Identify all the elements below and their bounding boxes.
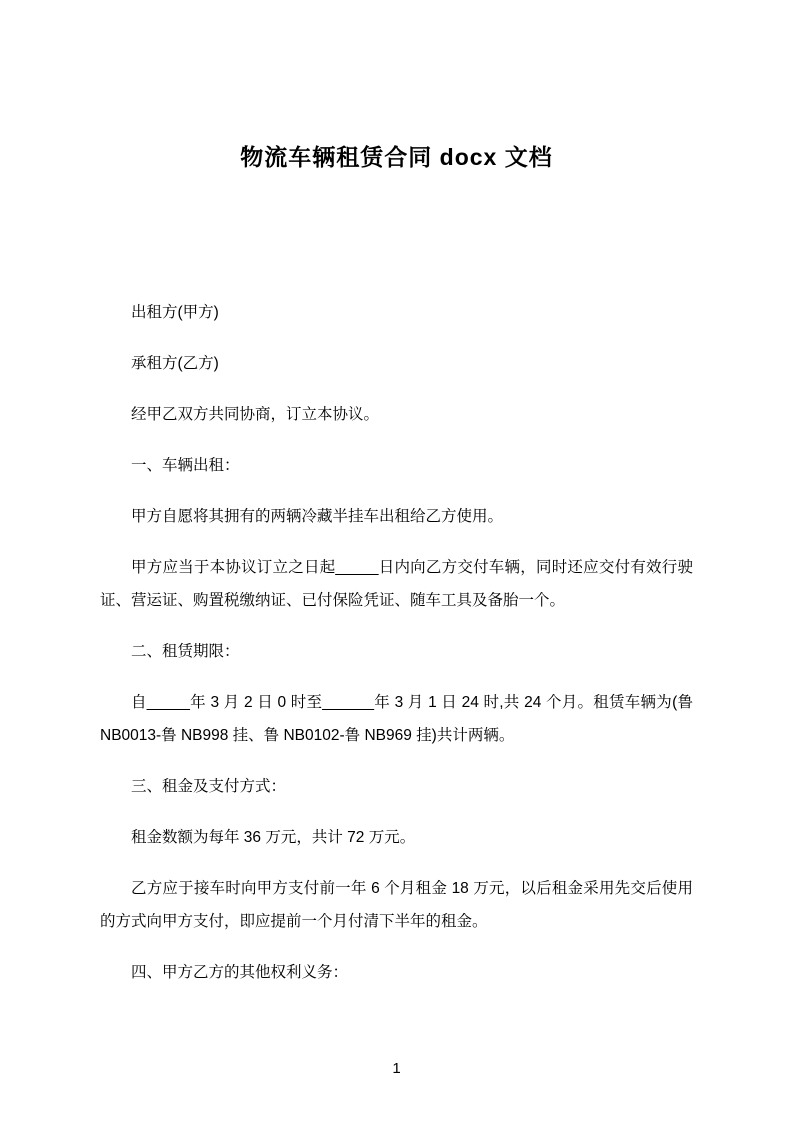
paragraph-lessor: 出租方(甲方)	[100, 296, 693, 329]
paragraph-preamble: 经甲乙双方共同协商，订立本协议。	[100, 398, 693, 431]
document-title: 物流车辆租赁合同 docx 文档	[100, 140, 693, 174]
paragraph-vehicle-lease: 甲方自愿将其拥有的两辆冷藏半挂车出租给乙方使用。	[100, 500, 693, 533]
document-page: 物流车辆租赁合同 docx 文档 出租方(甲方) 承租方(乙方) 经甲乙双方共同…	[0, 0, 793, 1122]
paragraph-delivery-terms: 甲方应当于本协议订立之日起_____日内向乙方交付车辆，同时还应交付有效行驶证、…	[100, 551, 693, 617]
paragraph-payment-method: 乙方应于接车时向甲方支付前一年 6 个月租金 18 万元，以后租金采用先交后使用…	[100, 872, 693, 938]
paragraph-lessee: 承租方(乙方)	[100, 347, 693, 380]
page-number: 1	[0, 1060, 793, 1078]
section-heading-3: 三、租金及支付方式：	[100, 770, 693, 803]
section-heading-1: 一、车辆出租：	[100, 449, 693, 482]
section-heading-4: 四、甲方乙方的其他权利义务：	[100, 956, 693, 989]
section-heading-2: 二、租赁期限：	[100, 635, 693, 668]
paragraph-lease-term: 自_____年 3 月 2 日 0 时至______年 3 月 1 日 24 时…	[100, 686, 693, 752]
paragraph-rent-amount: 租金数额为每年 36 万元，共计 72 万元。	[100, 821, 693, 854]
